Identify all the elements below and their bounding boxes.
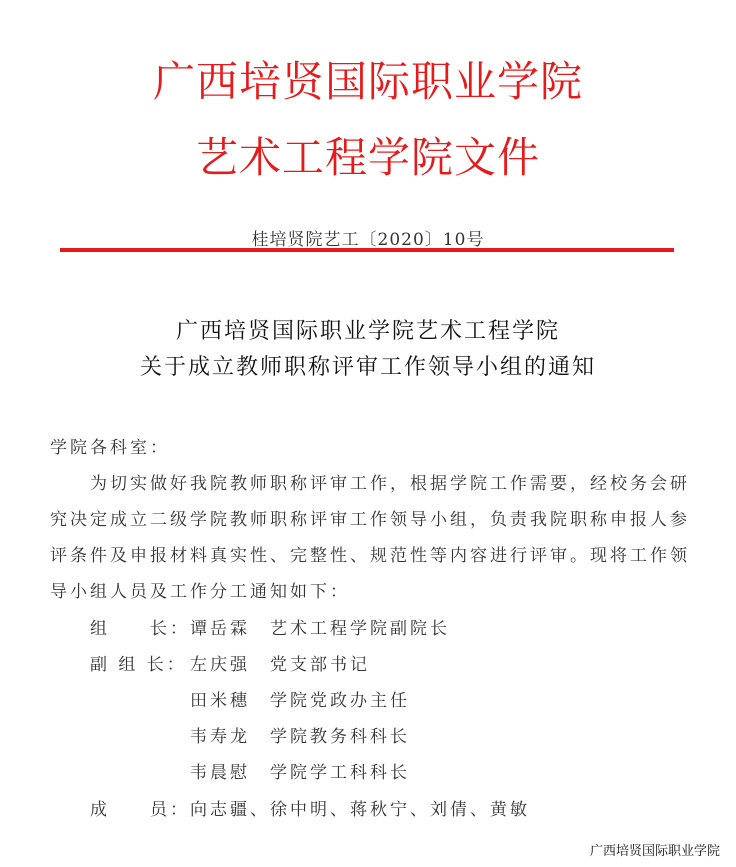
member-name: 左庆强 (190, 650, 250, 675)
member-position: 艺术工程学院副院长 (270, 614, 450, 639)
member-name: 谭岳霖 (190, 614, 250, 639)
member-name: 韦晨慰 (190, 758, 250, 783)
body-line: 为切实做好我院教师职称评审工作，根据学院工作需要，经校务会研 (90, 469, 730, 494)
member-row: 韦寿龙 学院教务科科长 (0, 722, 736, 746)
salutation: 学院各科室： (50, 433, 170, 458)
body-line: 究决定成立二级学院教师职称评审工作领导小组，负责我院职称申报人参 (50, 505, 690, 530)
member-role: 副 组 长： (90, 650, 187, 675)
org-title: 广西培贤国际职业学院 (0, 52, 736, 112)
member-row: 成 员： 向志疆、徐中明、蒋秋宁、刘倩、黄敏 (0, 795, 736, 819)
member-position: 学院党政办主任 (270, 686, 410, 711)
document-number: 桂培贤院艺工〔2020〕10号 (0, 225, 736, 250)
member-position: 学院教务科科长 (270, 722, 410, 747)
body-line: 导小组人员及工作分工通知如下： (50, 577, 690, 602)
member-row: 韦晨慰 学院学工科科长 (0, 758, 736, 782)
member-names: 向志疆、徐中明、蒋秋宁、刘倩、黄敏 (190, 795, 530, 820)
member-name: 田米穗 (190, 686, 250, 711)
member-name: 韦寿龙 (190, 722, 250, 747)
member-row: 组 长： 谭岳霖 艺术工程学院副院长 (0, 614, 736, 638)
member-row: 田米穗 学院党政办主任 (0, 686, 736, 710)
member-role: 组 长： (90, 614, 190, 639)
subject-line-1: 广西培贤国际职业学院艺术工程学院 (0, 314, 736, 345)
subject-line-2: 关于成立教师职称评审工作领导小组的通知 (0, 350, 736, 381)
member-role: 成 员： (90, 795, 190, 820)
footer-watermark: 广西培贤国际职业学院 (590, 840, 720, 859)
member-row: 副 组 长： 左庆强 党支部书记 (0, 650, 736, 674)
member-position: 学院学工科科长 (270, 758, 410, 783)
member-position: 党支部书记 (270, 650, 370, 675)
file-title: 艺术工程学院文件 (0, 128, 736, 188)
body-line: 评条件及申报材料真实性、完整性、规范性等内容进行评审。现将工作领 (50, 541, 690, 566)
red-divider (60, 248, 674, 252)
